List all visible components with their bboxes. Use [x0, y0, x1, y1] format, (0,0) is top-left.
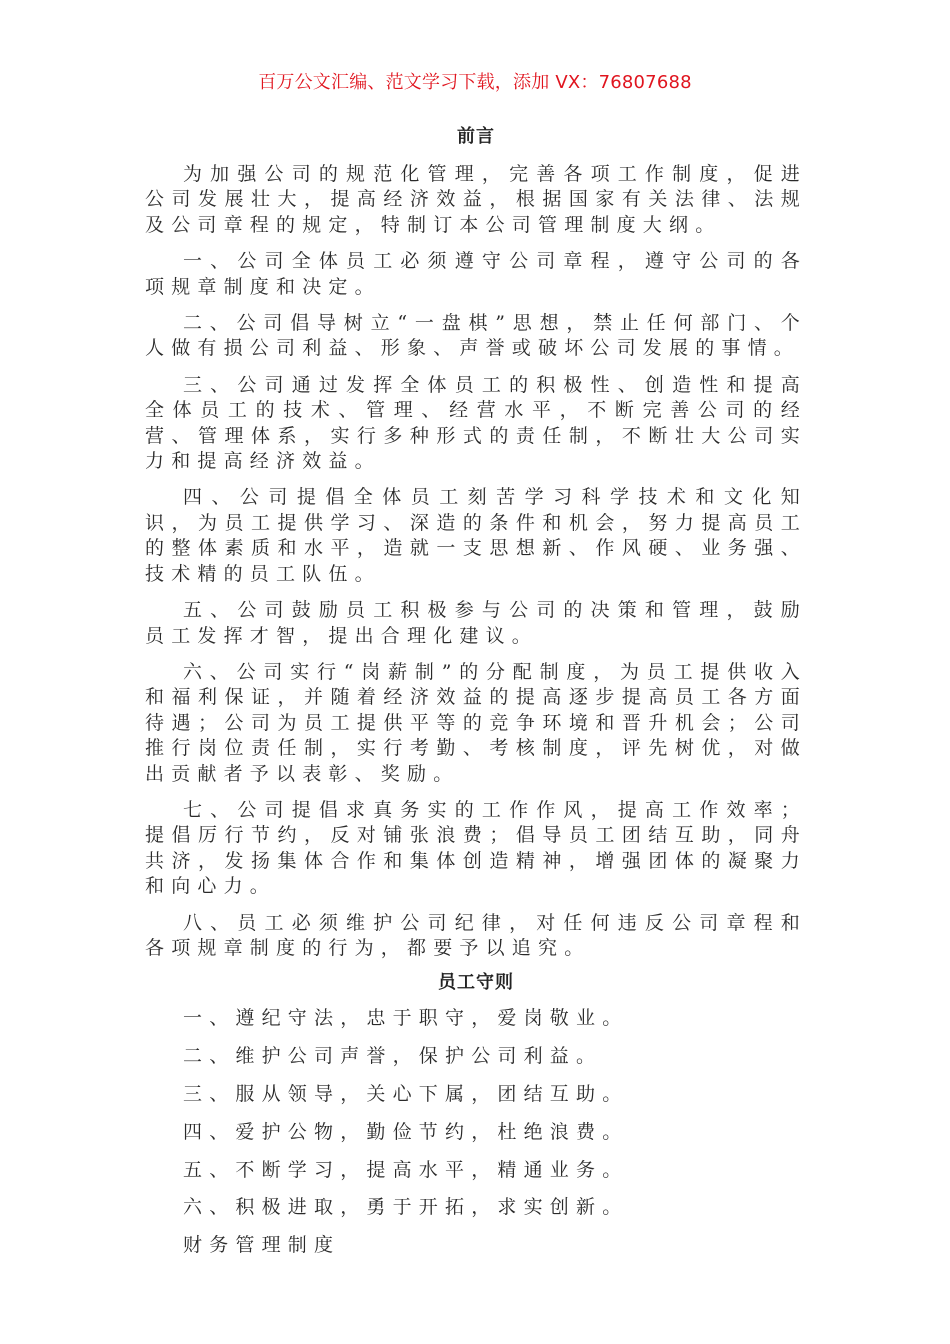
financial-management-section-title: 财务管理制度: [145, 1233, 807, 1258]
conduct-rule-6: 六、积极进取，勇于开拓，求实创新。: [145, 1195, 807, 1220]
preface-article-7: 七、公司提倡求真务实的工作作风，提高工作效率；提倡厉行节约，反对铺张浪费；倡导员…: [145, 798, 807, 900]
preface-intro-paragraph: 为加强公司的规范化管理，完善各项工作制度，促进公司发展壮大，提高经济效益，根据国…: [145, 162, 807, 238]
document-page: 前言 为加强公司的规范化管理，完善各项工作制度，促进公司发展壮大，提高经济效益，…: [145, 124, 807, 1271]
preface-article-2: 二、公司倡导树立“一盘棋”思想，禁止任何部门、个人做有损公司利益、形象、声誉或破…: [145, 311, 807, 362]
conduct-rule-2: 二、维护公司声誉，保护公司利益。: [145, 1044, 807, 1069]
conduct-rule-4: 四、爱护公物，勤俭节约，杜绝浪费。: [145, 1120, 807, 1145]
code-of-conduct-title: 员工守则: [145, 970, 807, 996]
conduct-rule-5: 五、不断学习，提高水平，精通业务。: [145, 1158, 807, 1183]
preface-article-5: 五、公司鼓励员工积极参与公司的决策和管理，鼓励员工发挥才智，提出合理化建议。: [145, 598, 807, 649]
preface-article-6: 六、公司实行“岗薪制”的分配制度，为员工提供收入和福利保证，并随着经济效益的提高…: [145, 660, 807, 787]
preface-article-1: 一、公司全体员工必须遵守公司章程，遵守公司的各项规章制度和决定。: [145, 249, 807, 300]
preface-article-8: 八、员工必须维护公司纪律，对任何违反公司章程和各项规章制度的行为，都要予以追究。: [145, 911, 807, 962]
promo-banner: 百万公文汇编、范文学习下载，添加 VX：76807688: [0, 68, 950, 94]
preface-title: 前言: [145, 124, 807, 150]
conduct-rule-1: 一、遵纪守法，忠于职守，爱岗敬业。: [145, 1006, 807, 1031]
preface-article-4: 四、公司提倡全体员工刻苦学习科学技术和文化知识，为员工提供学习、深造的条件和机会…: [145, 485, 807, 587]
conduct-rule-3: 三、服从领导，关心下属，团结互助。: [145, 1082, 807, 1107]
preface-article-3: 三、公司通过发挥全体员工的积极性、创造性和提高全体员工的技术、管理、经营水平，不…: [145, 373, 807, 475]
